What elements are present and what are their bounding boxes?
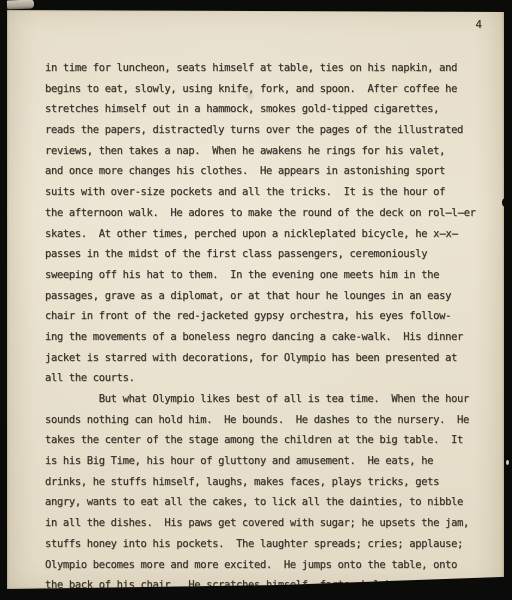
typewritten-text: in time for luncheon, seats himself at t… <box>45 58 490 596</box>
text-line: skates. At other times, perched upon a n… <box>45 224 490 245</box>
paper-smudge <box>245 88 255 102</box>
text-line: But what Olympio likes best of all is te… <box>45 389 490 410</box>
text-line: reads the papers, distractedly turns ove… <box>45 120 490 141</box>
text-line: jacket is starred with decorations, for … <box>45 348 490 369</box>
text-line: chair in front of the red-jacketed gypsy… <box>45 306 490 327</box>
text-line: stuffs honey into his pockets. The laugh… <box>45 534 490 555</box>
document-page: 4 in time for luncheon, seats himself at… <box>7 10 504 589</box>
text-line: sweeping off his hat to them. In the eve… <box>45 265 490 286</box>
text-line: angry, wants to eat all the cakes, to li… <box>45 492 490 513</box>
text-line: passes in the midst of the first class p… <box>45 244 490 265</box>
text-line: passages, grave as a diplomat, or at tha… <box>45 286 490 307</box>
text-line: sounds nothing can hold him. He bounds. … <box>45 410 490 431</box>
text-line: the afternoon walk. He adores to make th… <box>45 203 490 224</box>
text-line: stretches himself out in a hammock, smok… <box>45 99 490 120</box>
text-line: ing the movements of a boneless negro da… <box>45 327 490 348</box>
text-line: takes the center of the stage among the … <box>45 430 490 451</box>
scan-background: 4 in time for luncheon, seats himself at… <box>0 0 512 600</box>
text-line: all the courts. <box>45 368 490 389</box>
scan-edge-speck <box>506 460 509 465</box>
text-line: and once more changes his clothes. He ap… <box>45 161 490 182</box>
scan-edge-notch <box>502 198 508 207</box>
text-line: Olympio becomes more and more excited. H… <box>45 555 490 576</box>
text-line: in time for luncheon, seats himself at t… <box>45 58 490 79</box>
text-line: is his Big Time, his hour of gluttony an… <box>45 451 490 472</box>
page-number: 4 <box>475 18 482 31</box>
text-line: begins to eat, slowly, using knife, fork… <box>45 79 490 100</box>
text-line: in all the dishes. His paws get covered … <box>45 513 490 534</box>
text-line: the back of his chair. He scratches hims… <box>45 575 490 596</box>
text-line: drinks, he stuffs himself, laughs, makes… <box>45 472 490 493</box>
text-line: reviews, then takes a nap. When he awake… <box>45 141 490 162</box>
text-line: suits with over-size pockets and all the… <box>45 182 490 203</box>
torn-paper-fragment <box>7 0 34 9</box>
